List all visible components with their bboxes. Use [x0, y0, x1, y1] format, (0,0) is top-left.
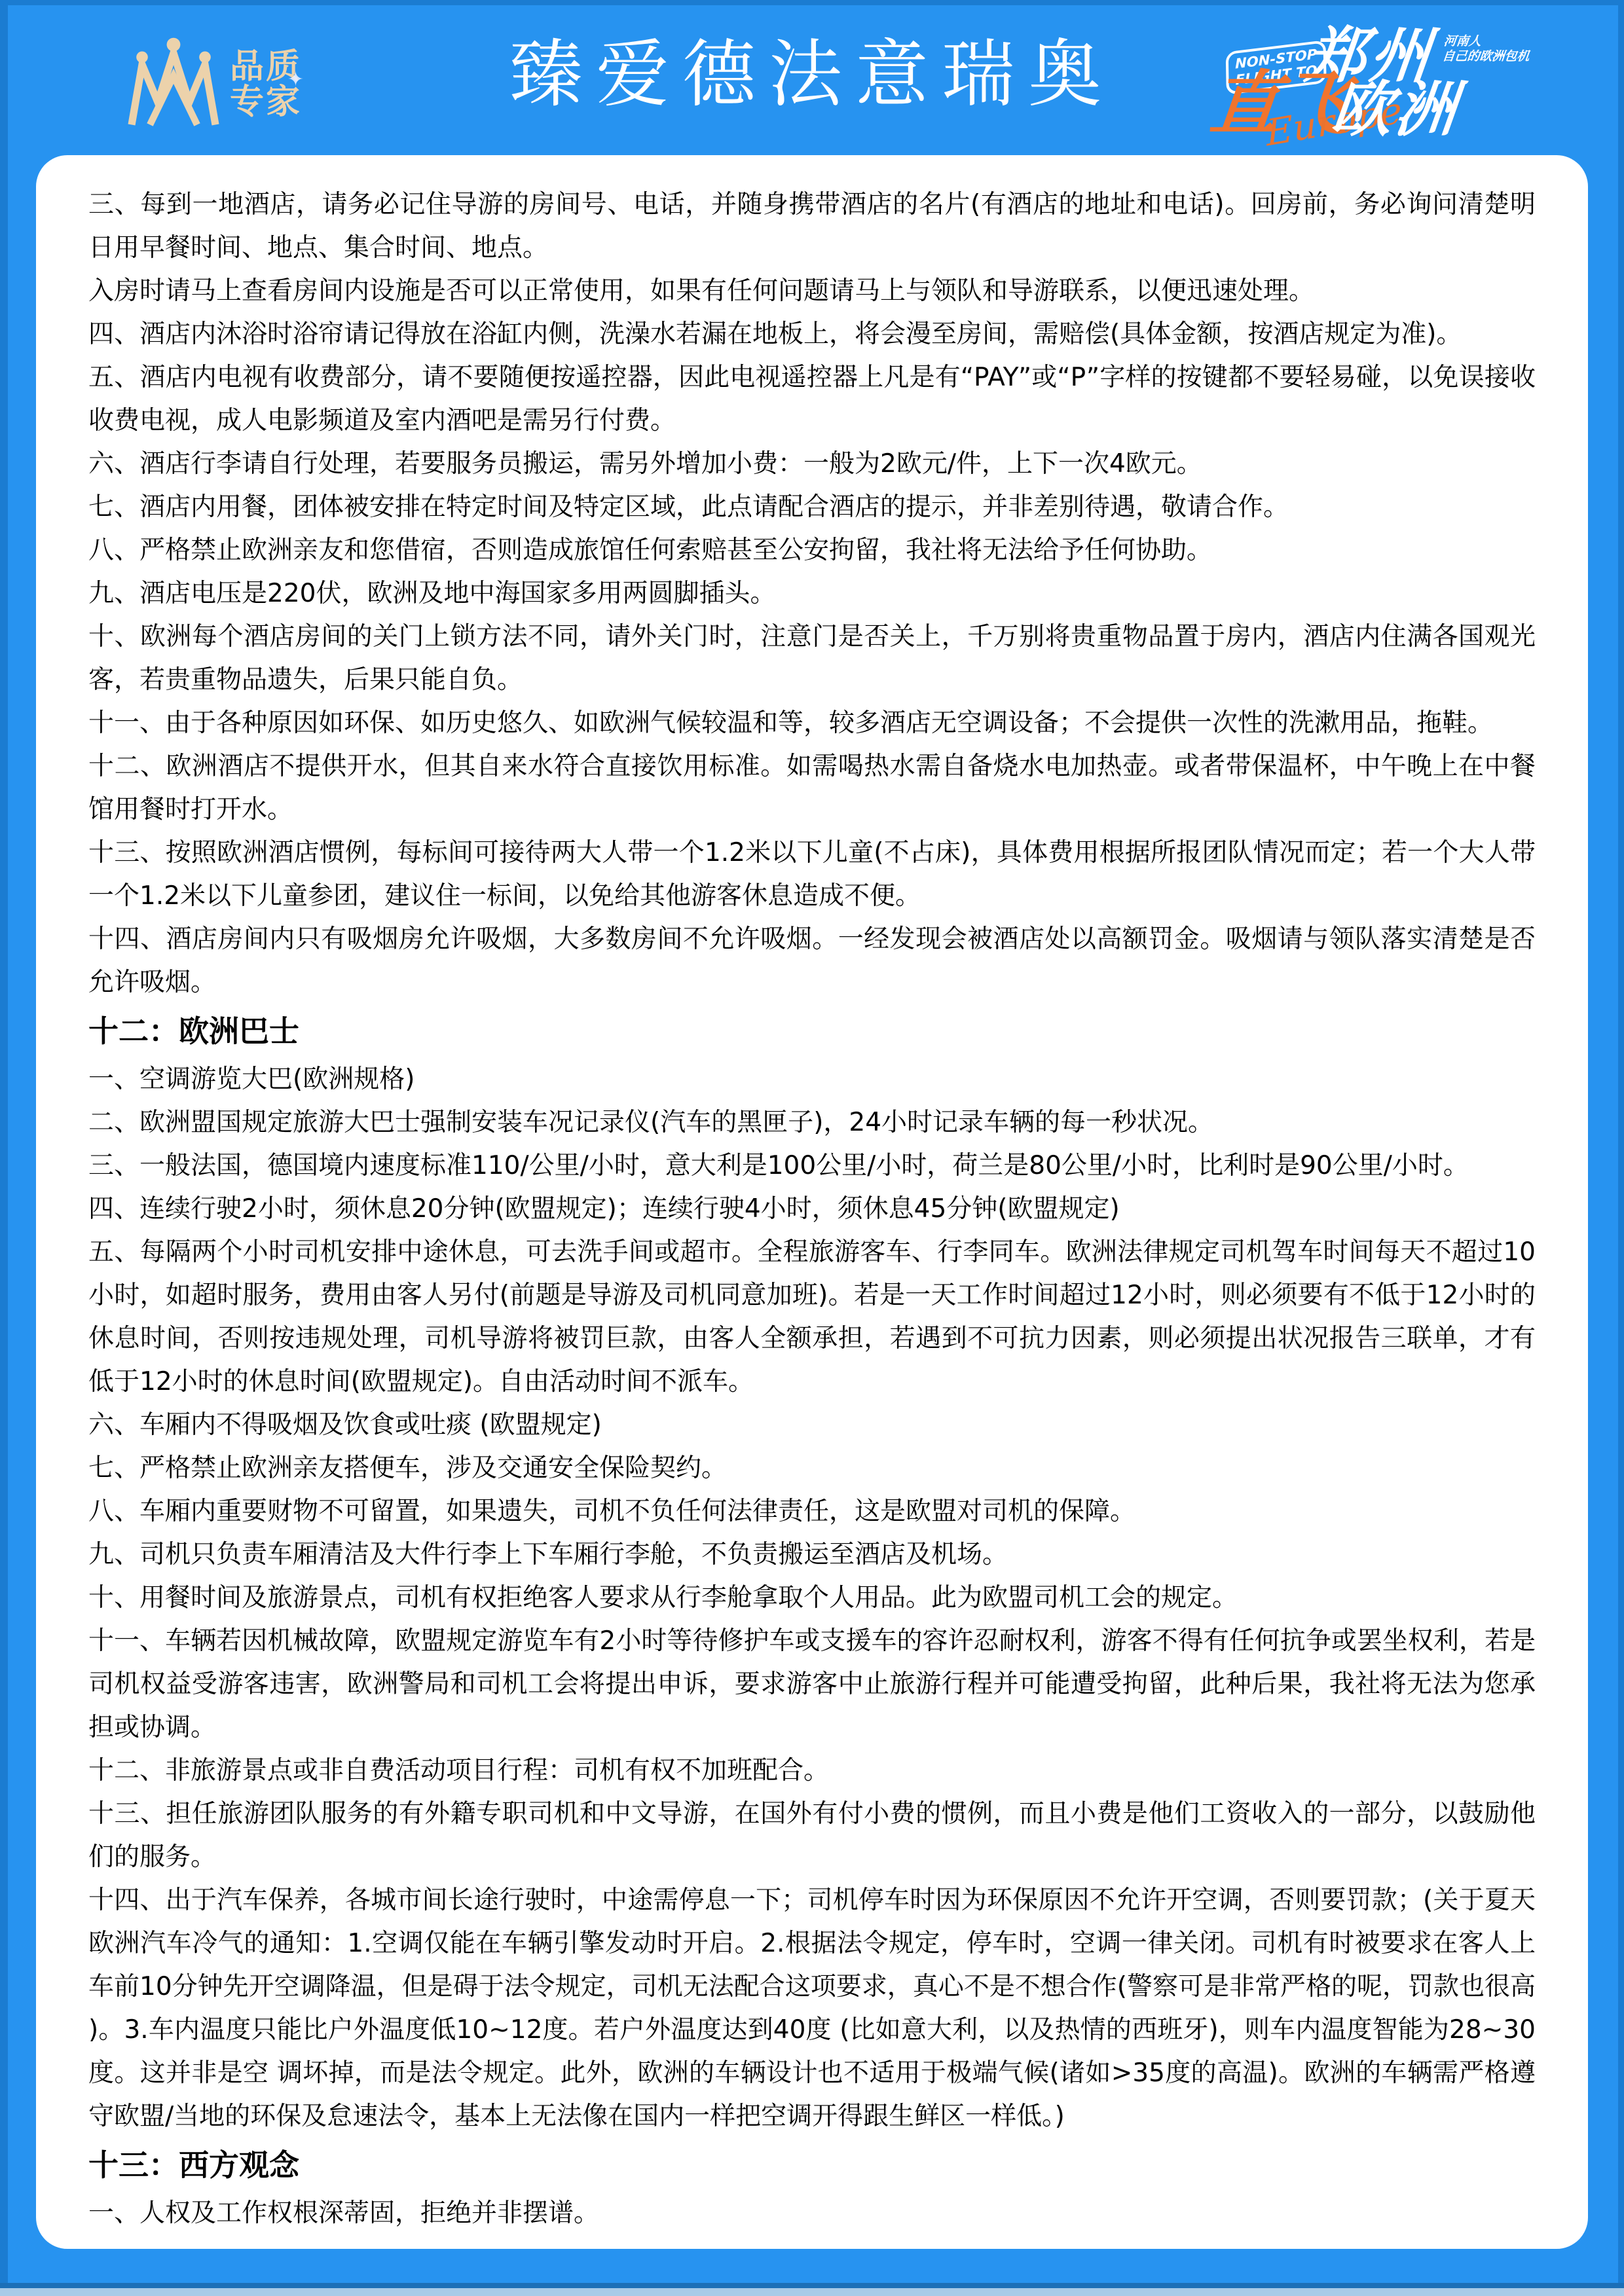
sparkle-icon: ✦: [287, 62, 306, 98]
hotel-item: 十二、欧洲酒店不提供开水，但其自来水符合直接饮用标准。如需喝热水需自备烧水电加热…: [88, 745, 1536, 831]
brand-text: 品质 专家 ✦: [230, 49, 302, 120]
bus-item: 八、车厢内重要财物不可留置，如果遗失，司机不负任何法律责任，这是欧盟对司机的保障…: [88, 1490, 1536, 1533]
bus-item: 五、每隔两个小时司机安排中途休息，可去洗手间或超市。全程旅游客车、行李同车。欧洲…: [88, 1231, 1536, 1404]
hotel-item: 十、欧洲每个酒店房间的关门上锁方法不同，请外关门时，注意门是否关上，千万别将贵重…: [88, 615, 1536, 702]
page-header: 品质 专家 ✦ 臻爱德法意瑞奥 NON-STOP FLIGHT TO 郑州 河南…: [0, 0, 1624, 155]
bus-item: 七、严格禁止欧洲亲友搭便车，涉及交通安全保险契约。: [88, 1447, 1536, 1490]
document-page: 品质 专家 ✦ 臻爱德法意瑞奥 NON-STOP FLIGHT TO 郑州 河南…: [0, 0, 1624, 2296]
content-panel: 三、每到一地酒店，请务必记住导游的房间号、电话，并随身携带酒店的名片(有酒店的地…: [36, 155, 1588, 2249]
flight-tagline-line1: 河南人: [1443, 34, 1532, 49]
bus-section-heading: 十二：欧洲巴士: [88, 1004, 1536, 1058]
bus-item: 十三、担任旅游团队服务的有外籍专职司机和中文导游，在国外有付小费的惯例，而且小费…: [88, 1793, 1536, 1879]
bus-item: 十二、非旅游景点或非自费活动项目行程：司机有权不加班配合。: [88, 1749, 1536, 1793]
page-edge-bottom-dark: [0, 2283, 1624, 2288]
hotel-item: 五、酒店内电视有收费部分，请不要随便按遥控器，因此电视遥控器上凡是有“PAY”或…: [88, 356, 1536, 443]
hotel-item: 四、酒店内沐浴时浴帘请记得放在浴缸内侧，洗澡水若漏在地板上，将会漫至房间，需赔偿…: [88, 313, 1536, 356]
brand-logo: 品质 专家 ✦: [121, 30, 302, 138]
bus-item: 九、司机只负责车厢清洁及大件行李上下车厢行李舱，不负责搬运至酒店及机场。: [88, 1533, 1536, 1576]
page-edge-left: [0, 0, 8, 2296]
hotel-item: 三、每到一地酒店，请务必记住导游的房间号、电话，并随身携带酒店的名片(有酒店的地…: [88, 183, 1536, 270]
hotel-item: 九、酒店电压是220伏，欧洲及地中海国家多用两圆脚插头。: [88, 572, 1536, 615]
page-title: 臻爱德法意瑞奥: [509, 38, 1115, 111]
crown-icon: [121, 30, 226, 138]
hotel-item: 十一、由于各种原因如环保、如历史悠久、如欧洲气候较温和等，较多酒店无空调设备；不…: [88, 702, 1536, 745]
bus-item: 四、连续行驶2小时，须休息20分钟(欧盟规定)；连续行驶4小时，须休息45分钟(…: [88, 1188, 1536, 1231]
west-section-heading: 十三：西方观念: [88, 2138, 1536, 2192]
bus-item: 二、欧洲盟国规定旅游大巴士强制安装车况记录仪(汽车的黑匣子)，24小时记录车辆的…: [88, 1101, 1536, 1144]
hotel-item: 六、酒店行李请自行处理，若要服务员搬运，需另外增加小费：一般为2欧元/件，上下一…: [88, 443, 1536, 486]
west-item: 一、人权及工作权根深蒂固，拒绝并非摆谱。: [88, 2192, 1536, 2235]
hotel-item: 十三、按照欧洲酒店惯例，每标间可接待两大人带一个1.2米以下儿童(不占床)，具体…: [88, 831, 1536, 918]
flight-region-label: 欧洲: [1329, 80, 1462, 140]
bus-item: 一、空调游览大巴(欧洲规格): [88, 1058, 1536, 1101]
hotel-item: 七、酒店内用餐，团体被安排在特定时间及特定区域，此点请配合酒店的提示，并非差别待…: [88, 486, 1536, 529]
bus-item: 三、一般法国，德国境内速度标准110/公里/小时，意大利是100公里/小时，荷兰…: [88, 1144, 1536, 1188]
page-edge-right: [1618, 0, 1624, 2296]
page-edge-bottom-light: [0, 2288, 1624, 2296]
bus-item: 十、用餐时间及旅游景点，司机有权拒绝客人要求从行李舱拿取个人用品。此为欧盟司机工…: [88, 1576, 1536, 1620]
bus-item: 十四、出于汽车保养，各城市间长途行驶时，中途需停息一下；司机停车时因为环保原因不…: [88, 1879, 1536, 2138]
hotel-item: 八、严格禁止欧洲亲友和您借宿，否则造成旅馆任何索赔甚至公安拘留，我社将无法给予任…: [88, 529, 1536, 572]
flight-tagline: 河南人 自己的欧洲包机: [1441, 34, 1532, 64]
hotel-item: 十四、酒店房间内只有吸烟房允许吸烟，大多数房间不允许吸烟。一经发现会被酒店处以高…: [88, 918, 1536, 1004]
bus-item: 十一、车辆若因机械故障，欧盟规定游览车有2小时等待修护车或支援车的容许忍耐权利，…: [88, 1620, 1536, 1749]
flight-tagline-line2: 自己的欧洲包机: [1441, 49, 1530, 64]
flight-route-logo: NON-STOP FLIGHT TO 郑州 河南人 自己的欧洲包机 直飞 Eur…: [1217, 17, 1533, 151]
hotel-item: 入房时请马上查看房间内设施是否可以正常使用，如果有任何问题请马上与领队和导游联系…: [88, 270, 1536, 313]
bus-item: 六、车厢内不得吸烟及饮食或吐痰 (欧盟规定): [88, 1404, 1536, 1447]
